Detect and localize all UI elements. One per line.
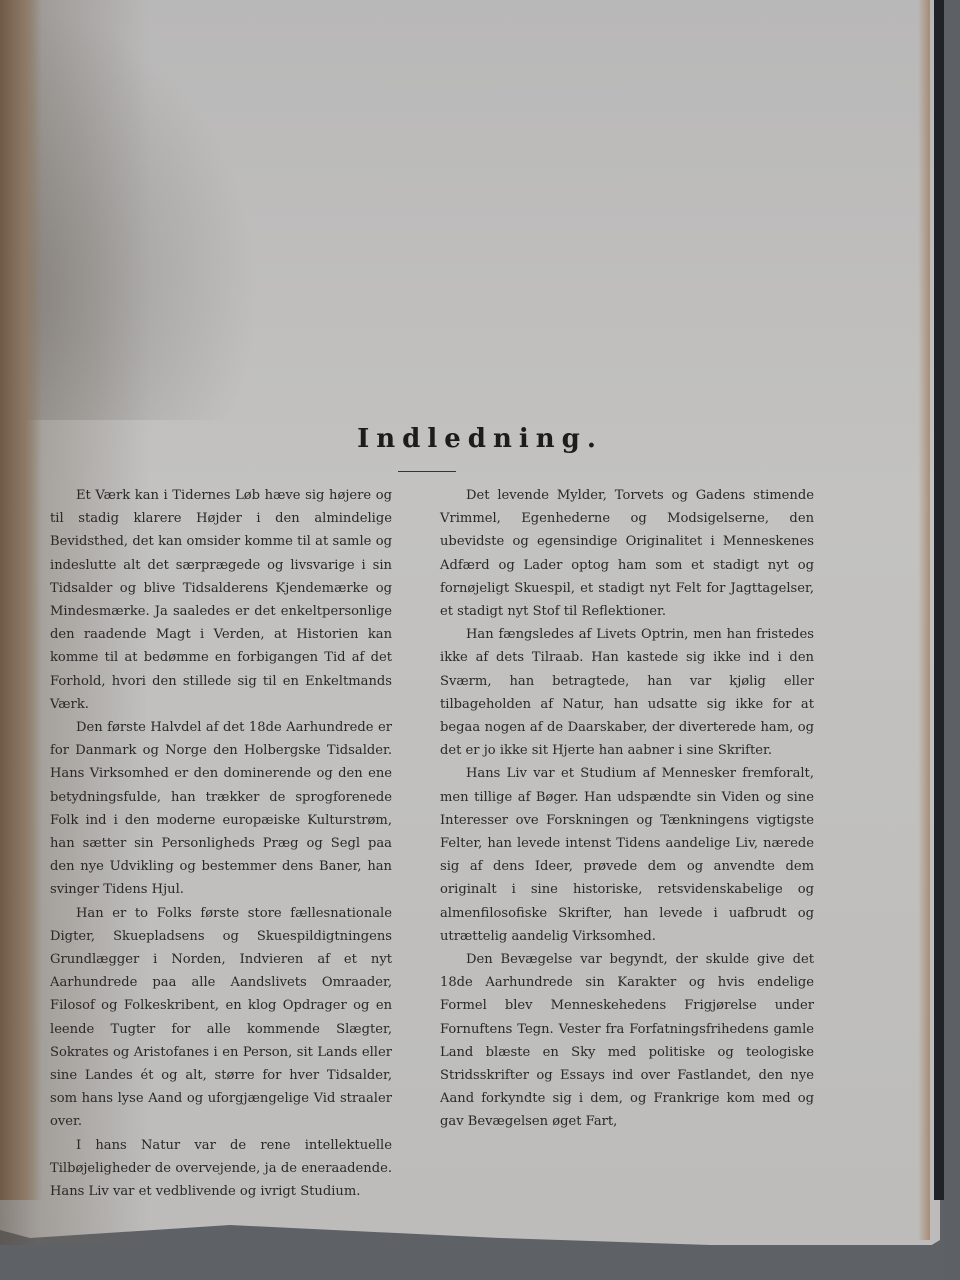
paragraph: Et Værk kan i Tidernes Løb hæve sig høje…: [50, 484, 392, 716]
book-gutter: [0, 0, 42, 1200]
paragraph: Hans Liv var et Studium af Mennesker fre…: [440, 762, 814, 948]
table-surface: [944, 0, 960, 1280]
page-edge-foxing: [918, 0, 930, 1240]
paragraph: Han er to Folks første store fællesnatio…: [50, 902, 392, 1134]
book-cover-edge: [934, 0, 944, 1200]
heading-divider: [398, 471, 456, 472]
text-column-left: Et Værk kan i Tidernes Løb hæve sig høje…: [50, 484, 392, 1203]
book-photo: Indledning. Et Værk kan i Tidernes Løb h…: [0, 0, 960, 1280]
paragraph: Han fængsledes af Livets Optrin, men han…: [440, 623, 814, 762]
paragraph: I hans Natur var de rene intellektuelle …: [50, 1134, 392, 1204]
paragraph: Den Bevægelse var begyndt, der skulde gi…: [440, 948, 814, 1134]
paragraph: Det levende Mylder, Torvets og Gadens st…: [440, 484, 814, 623]
chapter-heading: Indledning.: [300, 424, 660, 454]
paragraph: Den første Halvdel af det 18de Aarhundre…: [50, 716, 392, 902]
text-column-right: Det levende Mylder, Torvets og Gadens st…: [440, 484, 814, 1134]
